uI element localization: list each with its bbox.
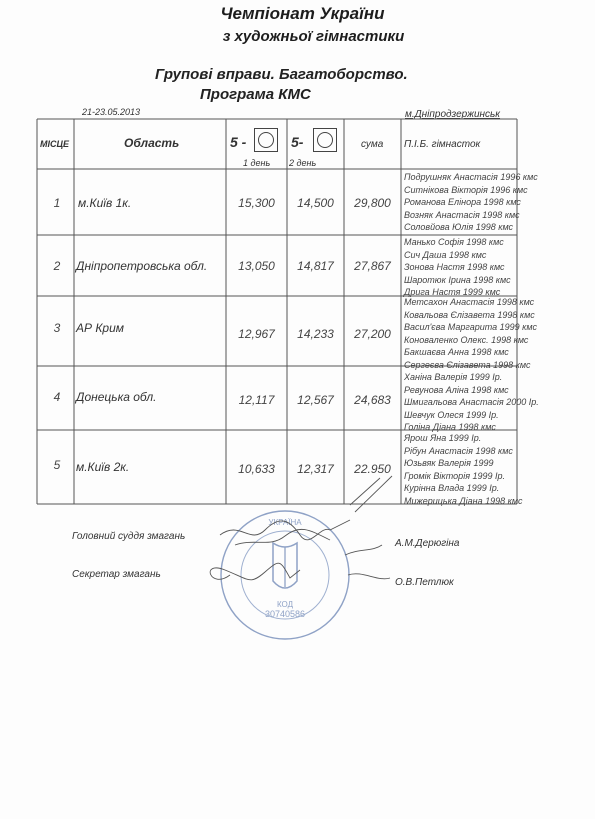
event-dates: 21-23.05.2013: [82, 107, 140, 117]
row-total: 27,867: [344, 259, 401, 273]
row-day2: 12,567: [287, 393, 344, 407]
row-place: 5: [42, 458, 72, 472]
row-day2: 14,233: [287, 327, 344, 341]
col-header-gymnasts: П.І.Б. гімнасток: [404, 139, 480, 150]
row-day1: 13,050: [226, 259, 287, 273]
row-gymnasts: Подрушняк Анастасія 1996 кмс Ситнікова В…: [404, 171, 538, 234]
secretary-name: О.В.Петлюк: [395, 577, 454, 588]
col-header-day2: 5-: [291, 134, 303, 150]
col-header-day1: 5 -: [230, 134, 246, 150]
row-total: 27,200: [344, 327, 401, 341]
day2-label: 2 день: [289, 158, 316, 168]
event-city: м.Дніпродзержинськ: [405, 109, 500, 120]
row-gymnasts: Ярош Яна 1999 Ір. Рібун Анастасія 1998 к…: [404, 432, 523, 507]
chief-judge-label: Головний суддя змагань: [72, 531, 185, 542]
row-total: 22.950: [344, 462, 401, 476]
row-region: м.Київ 2к.: [76, 460, 129, 474]
row-gymnasts: Метсахон Анастасія 1998 кмс Ковальова Єл…: [404, 296, 537, 371]
official-stamp: КОД 30740586 УКРАЇНА: [215, 505, 355, 645]
row-gymnasts: Ханіна Валерія 1999 Ір. Ревунова Аліна 1…: [404, 371, 539, 434]
event-title: Групові вправи. Багатоборство.: [155, 66, 408, 83]
secretary-label: Секретар змагань: [72, 569, 161, 580]
row-day1: 12,967: [226, 327, 287, 341]
title: Чемпіонат України: [0, 4, 595, 24]
row-total: 24,683: [344, 393, 401, 407]
svg-text:КОД: КОД: [277, 600, 294, 609]
row-region: АР Крим: [76, 321, 124, 335]
subtitle: з художньої гімнастики: [0, 28, 595, 45]
row-day1: 10,633: [226, 462, 287, 476]
hoop-icon: [313, 128, 337, 152]
row-region: Дніпропетровська обл.: [76, 259, 207, 273]
row-place: 2: [42, 259, 72, 273]
row-region: Донецька обл.: [76, 390, 157, 404]
col-header-total: сума: [361, 139, 383, 150]
program-title: Програма КМС: [200, 86, 311, 103]
row-region: м.Київ 1к.: [78, 196, 131, 210]
col-header-place: МІСЦЕ: [40, 139, 69, 149]
row-day2: 14,817: [287, 259, 344, 273]
row-total: 29,800: [344, 196, 401, 210]
col-header-region: Область: [124, 136, 179, 150]
row-place: 4: [42, 390, 72, 404]
row-day2: 12,317: [287, 462, 344, 476]
row-place: 3: [42, 321, 72, 335]
row-day1: 15,300: [226, 196, 287, 210]
chief-judge-name: А.М.Дерюгіна: [395, 538, 459, 549]
svg-text:30740586: 30740586: [265, 609, 305, 619]
day1-label: 1 день: [243, 158, 270, 168]
row-day1: 12,117: [226, 393, 287, 407]
row-day2: 14,500: [287, 196, 344, 210]
hoop-icon: [254, 128, 278, 152]
row-place: 1: [42, 196, 72, 210]
svg-text:УКРАЇНА: УКРАЇНА: [268, 518, 302, 527]
row-gymnasts: Манько Софія 1998 кмс Сич Даша 1998 кмс …: [404, 236, 511, 299]
